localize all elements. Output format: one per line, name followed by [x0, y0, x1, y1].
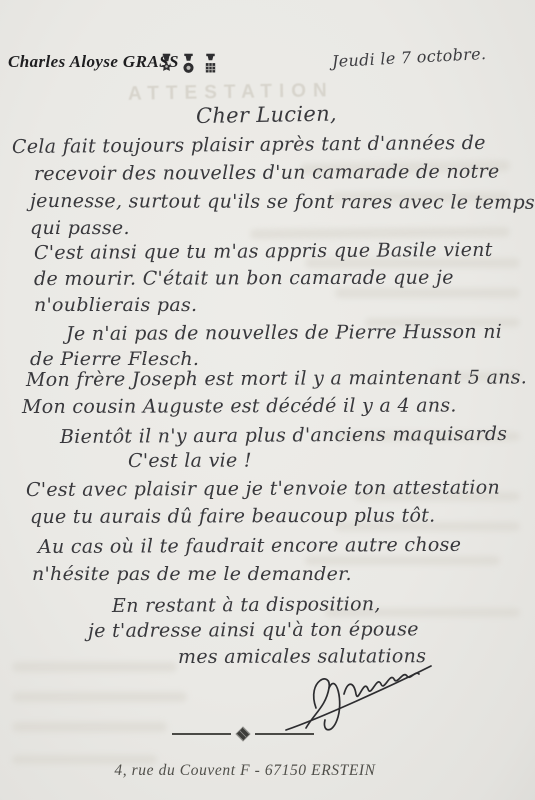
handwritten-line: n'hésite pas de me le demander. — [32, 563, 352, 585]
divider-rule-left — [172, 733, 231, 735]
handwritten-line: Bientôt il n'y aura plus d'anciens maqui… — [60, 423, 507, 448]
handwritten-line: qui passe. — [30, 217, 130, 239]
handwritten-line: C'est ainsi que tu m'as appris que Basil… — [34, 239, 493, 264]
handwritten-line: n'oublierais pas. — [34, 294, 197, 316]
handwritten-line: En restant à ta disposition, — [112, 593, 381, 617]
handwritten-line: C'est avec plaisir que je t'envoie ton a… — [26, 477, 500, 501]
handwritten-line: Je n'ai pas de nouvelles de Pierre Husso… — [66, 321, 502, 345]
handwritten-line: C'est la vie ! — [128, 450, 252, 472]
handwritten-line: jeunesse, surtout qu'ils se font rares a… — [30, 190, 535, 214]
military-medal-round-icon — [181, 53, 196, 76]
handwritten-line: de Pierre Flesch. — [30, 348, 199, 370]
military-medal-checkered-icon — [203, 53, 218, 76]
bleedthrough-smudge — [335, 288, 520, 298]
footer-address: 4, rue du Couvent F - 67150 ERSTEIN — [0, 762, 490, 780]
handwritten-line: Cher Lucien, — [196, 102, 337, 128]
bleedthrough-smudge — [12, 692, 187, 702]
handwritten-line: je t'adresse ainsi qu'à ton épouse — [88, 618, 419, 642]
diamond-icon — [234, 725, 252, 743]
bleedthrough-smudge — [250, 227, 510, 239]
handwritten-line: Au cas où il te faudrait encore autre ch… — [38, 534, 461, 558]
sender-name: Charles Aloyse GRASS — [8, 52, 179, 72]
scanned-letter-page: Charles Aloyse GRASS Jeudi le 7 octobre.… — [0, 0, 535, 800]
footer-divider — [172, 724, 314, 744]
handwritten-line: recevoir des nouvelles d'un camarade de … — [34, 161, 500, 185]
handwritten-line: Mon frère Joseph est mort il y a mainten… — [26, 366, 527, 391]
letter-date: Jeudi le 7 octobre. — [332, 44, 487, 71]
military-medal-star-icon — [159, 53, 174, 76]
handwritten-line: que tu aurais dû faire beaucoup plus tôt… — [30, 505, 436, 528]
bleedthrough-smudge — [12, 662, 177, 672]
divider-rule-right — [255, 733, 314, 735]
handwritten-line: Cela fait toujours plaisir après tant d'… — [12, 132, 486, 158]
medal-icons — [159, 53, 218, 76]
handwritten-line: Mon cousin Auguste est décédé il y a 4 a… — [22, 394, 457, 418]
bleedthrough-smudge — [12, 722, 167, 732]
handwritten-line: de mourir. C'était un bon camarade que j… — [34, 267, 454, 290]
